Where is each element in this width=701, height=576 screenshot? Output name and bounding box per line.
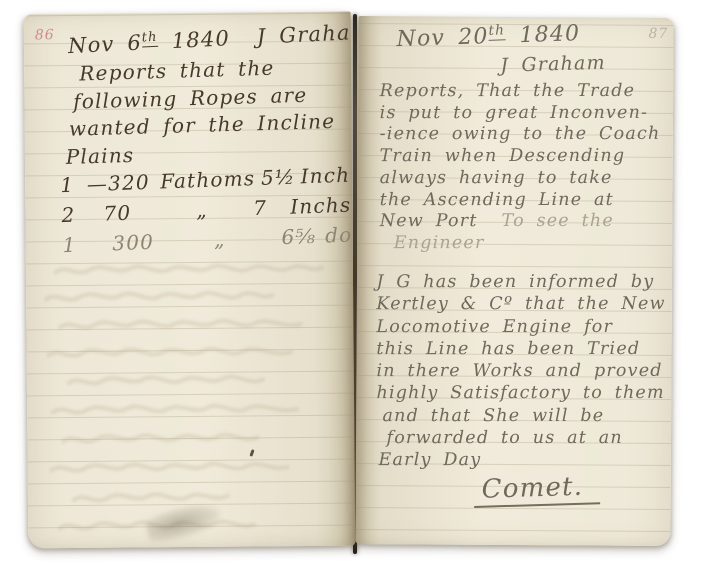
handwriting-line: Early Day bbox=[379, 449, 666, 472]
ink-mark bbox=[249, 449, 254, 457]
rope-size-unit: Inch bbox=[300, 160, 351, 192]
handwriting-line: Train when Descending bbox=[380, 146, 661, 168]
handwriting-line: -ience owing to the Coach bbox=[380, 124, 661, 146]
handwriting-line: always having to take bbox=[380, 168, 661, 190]
left-date-year: 1840 bbox=[171, 26, 230, 53]
pencil-note: Engineer bbox=[394, 233, 661, 255]
right-date-ordinal: th bbox=[488, 22, 505, 41]
left-date-line: Nov 6th 1840 J Graham bbox=[67, 19, 355, 58]
signature-comet: Comet. bbox=[473, 471, 599, 508]
handwriting-line: J G has been informed by bbox=[376, 271, 665, 294]
ink-text: New Port bbox=[380, 211, 478, 231]
rope-unit: Fathoms bbox=[160, 163, 262, 197]
rope-order-list: 1 — 320 Fathoms 5½ Inch 2 70 „ 7 Inchs 1… bbox=[60, 160, 353, 261]
page-number-87: 87 bbox=[648, 26, 668, 42]
handwriting-line: this Line has been Tried bbox=[376, 338, 665, 361]
handwriting-line: highly Satisfactory to them bbox=[376, 382, 665, 405]
rope-size: 6⅝ bbox=[281, 221, 326, 253]
rope-unit-ditto: „ bbox=[152, 193, 254, 227]
open-notebook: 86 Nov 6th 1840 J Graham Reports that th… bbox=[26, 13, 672, 554]
rope-size-unit: Inchs bbox=[290, 190, 352, 222]
right-page: 87 Nov 20th 1840 J Graham Reports, That … bbox=[355, 16, 673, 546]
left-date-ordinal: th bbox=[141, 30, 158, 48]
handwriting-line: is put to great Inconven- bbox=[380, 103, 661, 125]
pencil-note: To see the bbox=[502, 211, 614, 231]
page-number-86: 86 bbox=[35, 27, 55, 43]
rope-qty: 1 bbox=[62, 228, 113, 260]
ink-smudge-stain bbox=[144, 498, 225, 546]
handwriting-line: Reports, That the Trade bbox=[380, 81, 661, 103]
rope-size: 5½ bbox=[260, 161, 301, 192]
left-date-prefix: Nov 6 bbox=[67, 31, 142, 59]
handwriting-line-mixed: New PortTo see the bbox=[380, 211, 661, 233]
rope-length: 320 bbox=[107, 167, 160, 199]
rope-length: 300 bbox=[112, 226, 171, 258]
right-date-year: 1840 bbox=[519, 21, 581, 48]
rope-qty: 2 bbox=[61, 199, 104, 231]
left-body-text: Reports that the following Ropes are wan… bbox=[63, 53, 336, 171]
handwriting-line: the Ascending Line at bbox=[380, 189, 661, 211]
left-page: 86 Nov 6th 1840 J Graham Reports that th… bbox=[24, 12, 356, 549]
right-paragraph-1: Reports, That the Trade is put to great … bbox=[380, 81, 661, 255]
rope-unit-ditto: „ bbox=[169, 222, 282, 256]
handwriting-line: Locomotive Engine for bbox=[376, 316, 665, 339]
rope-qty: 1 — bbox=[60, 168, 109, 200]
rope-size-unit: do bbox=[325, 220, 353, 251]
bleed-through-text bbox=[38, 258, 342, 543]
handwriting-line: forwarded to us at an bbox=[386, 427, 665, 450]
right-date-prefix: Nov 20 bbox=[396, 24, 489, 52]
rope-size: 7 bbox=[253, 192, 291, 223]
left-author-name: J Graham bbox=[256, 19, 355, 49]
right-author-name: J Graham bbox=[500, 52, 606, 77]
handwriting-line: Kertley & Cº that the New bbox=[376, 293, 665, 316]
rope-length: 70 bbox=[103, 197, 153, 229]
right-paragraph-2: J G has been informed by Kertley & Cº th… bbox=[376, 271, 665, 472]
handwriting-line: in there Works and proved bbox=[376, 360, 665, 383]
right-date-line: Nov 20th 1840 bbox=[396, 20, 581, 52]
handwriting-line: and that She will be bbox=[382, 405, 665, 428]
